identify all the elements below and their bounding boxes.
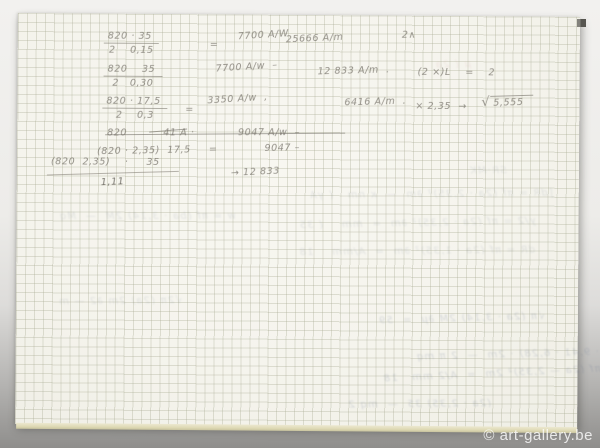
bleed-through-text: ∫dR = πf (2a · 2,35)² ∂m — κ nm ( γA bbox=[309, 188, 555, 202]
formula-line-1-fraction: 820 · 352 0,15 bbox=[104, 31, 159, 56]
formula-line-6-denominator: 1,11 bbox=[101, 176, 125, 188]
square-root-expression: √5,555 bbox=[481, 94, 533, 110]
formula-line-5: (820 · 2,35) 17,5 = 9047 – bbox=[97, 142, 300, 157]
bleed-through-text: 2πf (2a — 2,35)² 2m = A/2 mm 18 bbox=[382, 363, 600, 384]
bleed-through-text: SR·MK bbox=[469, 165, 507, 176]
formula-line-2-result-w: 7700 A/w – bbox=[215, 60, 278, 75]
formula-line-6-numerator: (820 2,35) · 35 bbox=[51, 156, 160, 168]
formula-line-3-fraction: 820 · 17,52 0,3 bbox=[102, 96, 168, 121]
bleed-through-text: w = πf (ba · 3,14) 2M — Mq bbox=[59, 211, 236, 222]
fraction-bar bbox=[47, 171, 179, 176]
radicand-value: 5,555 bbox=[490, 95, 534, 109]
radical-sign: √ bbox=[481, 95, 490, 110]
equals-sign: = bbox=[210, 39, 219, 50]
fraction-numerator: 820 35 bbox=[104, 64, 163, 77]
formula-line-1-note: 2∧ bbox=[402, 30, 416, 41]
bleed-through-text: (2a · 2,35) 35 — mq 2 bbox=[347, 398, 491, 411]
formula-line-2-fraction: 820 352 0,30 bbox=[103, 64, 162, 89]
formula-line-2-result-m: 12 833 A/m . bbox=[317, 64, 389, 77]
fraction-denominator: 2 0,15 bbox=[104, 44, 159, 56]
bleed-through-text: πf (2a · 9,41 · 6,28) · 2m — 2 π mq bbox=[416, 345, 600, 362]
corner-label-mark bbox=[577, 19, 586, 27]
watermark: © art-gallery.be bbox=[483, 427, 593, 444]
formula-line-3-note: × 2,35 → bbox=[415, 101, 467, 112]
fraction-denominator: 2 0,30 bbox=[103, 77, 162, 89]
formula-line-3-result-w: 3350 A/w , bbox=[207, 92, 268, 107]
formula-line-3-result-m: 6416 A/m . bbox=[344, 96, 406, 109]
bleed-through-text: √2π (2a) 2m ∂2 — m bbox=[58, 295, 182, 307]
fraction-denominator: 2 0,3 bbox=[102, 109, 167, 121]
fraction-numerator: 820 · 17,5 bbox=[102, 96, 167, 109]
formula-line-1-result-w: 7700 A/W bbox=[238, 28, 290, 42]
formula-line-6-result: → 12 833 bbox=[231, 166, 280, 179]
bleed-through-text: μ ( 2a bbox=[435, 59, 472, 71]
bleed-through-text: dR = πf (2a · 1,35)² ∂m = A/mm 18 bbox=[298, 245, 535, 258]
equals-sign: = bbox=[185, 104, 194, 115]
bleed-through-text: √π (2a · 3,14) 2M ∂μ = 59 bbox=[378, 311, 545, 327]
bleed-through-text: y/2 = πf (2a · 2,35)² ∂m = mm ( 35 bbox=[298, 216, 535, 232]
graph-paper-sheet: 820 · 352 0,15 = 7700 A/W 25666 A/m 2∧ 8… bbox=[15, 13, 580, 428]
formula-line-1-result-m: 25666 A/m bbox=[286, 32, 344, 46]
fraction-numerator: 820 · 35 bbox=[104, 31, 159, 44]
